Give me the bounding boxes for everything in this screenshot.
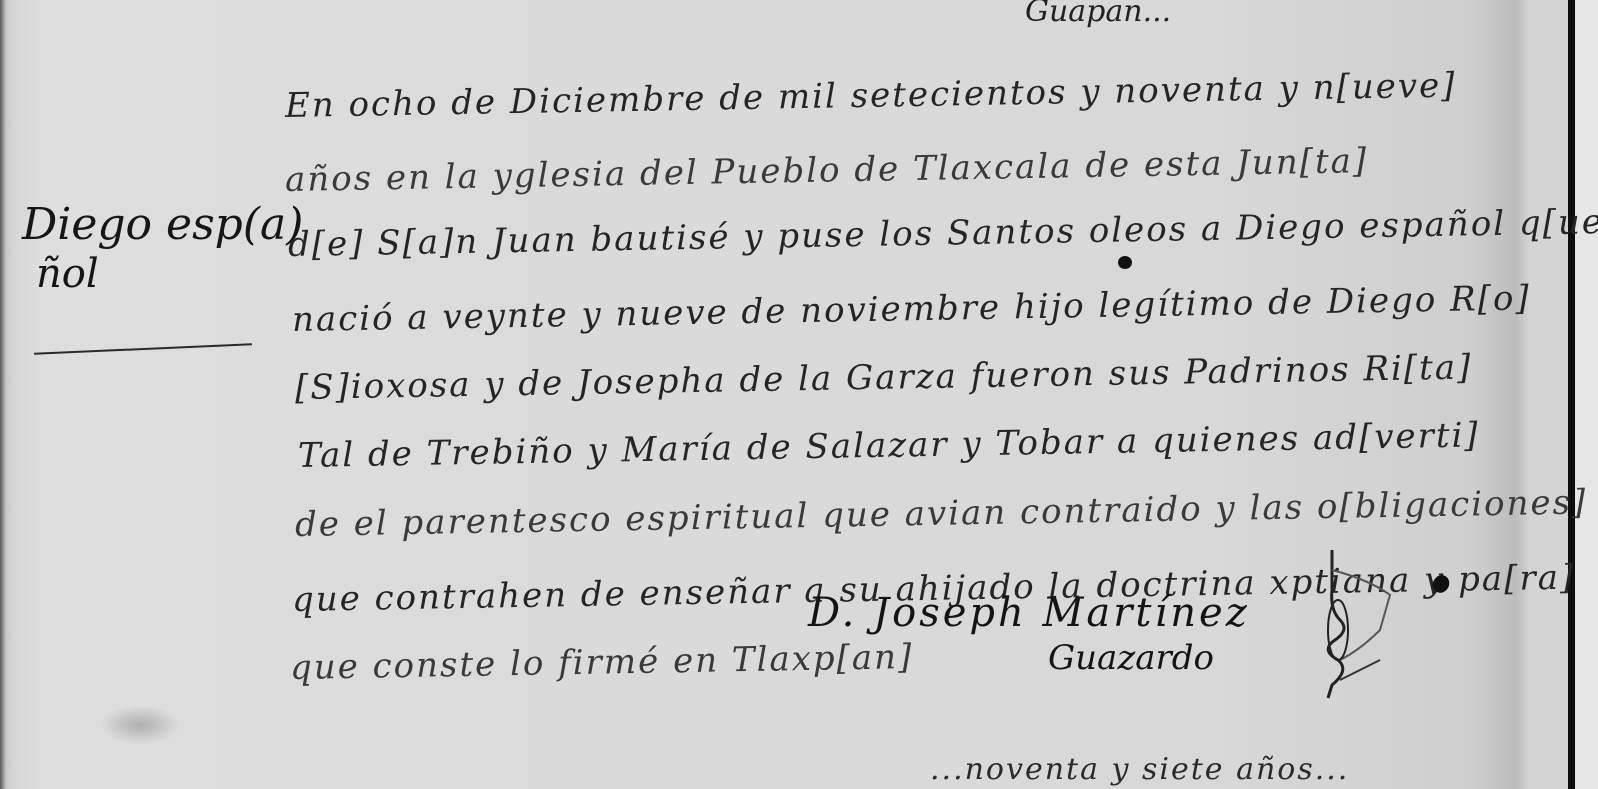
body-line-5: [S]ioxosa y de Josepha de la Garza fuero… [295,347,1473,408]
signature-block: D. Joseph Martínez Guazardo [808,590,1250,678]
adjacent-page-strip [1575,0,1598,789]
header-fragment: Guapan... [1025,0,1171,29]
manuscript-page: Guapan... Diego esp(a) ñol En ocho de Di… [0,0,1598,789]
margin-note-name: Diego esp(a) [22,200,303,251]
body-line-3: d[e] S[a]n Juan bautisé y puse los Santo… [288,202,1598,265]
body-line-4: nació a veynte y nueve de noviembre hijo… [292,278,1531,340]
ink-blot [1118,256,1132,269]
margin-note: Diego esp(a) ñol [22,200,303,297]
body-line-2: años en la yglesia del Pueblo de Tlaxcal… [285,141,1369,200]
binding-gutter-line [1568,0,1575,789]
body-line-7: de el parentesco espiritual que avian co… [295,482,1588,545]
margin-note-ethnicity: ñol [22,251,303,297]
rubric-flourish-icon [1310,550,1410,700]
next-entry-fragment: ...noventa y siete años... [930,752,1349,787]
signature-name: D. Joseph Martínez [808,590,1250,636]
signature-surname: Guazardo [808,638,1250,678]
page-left-edge-shadow [0,0,6,789]
body-line-1: En ocho de Diciembre de mil setecientos … [285,66,1457,126]
margin-underline [34,343,252,355]
body-line-6: Tal de Trebiño y María de Salazar y Toba… [298,415,1480,476]
